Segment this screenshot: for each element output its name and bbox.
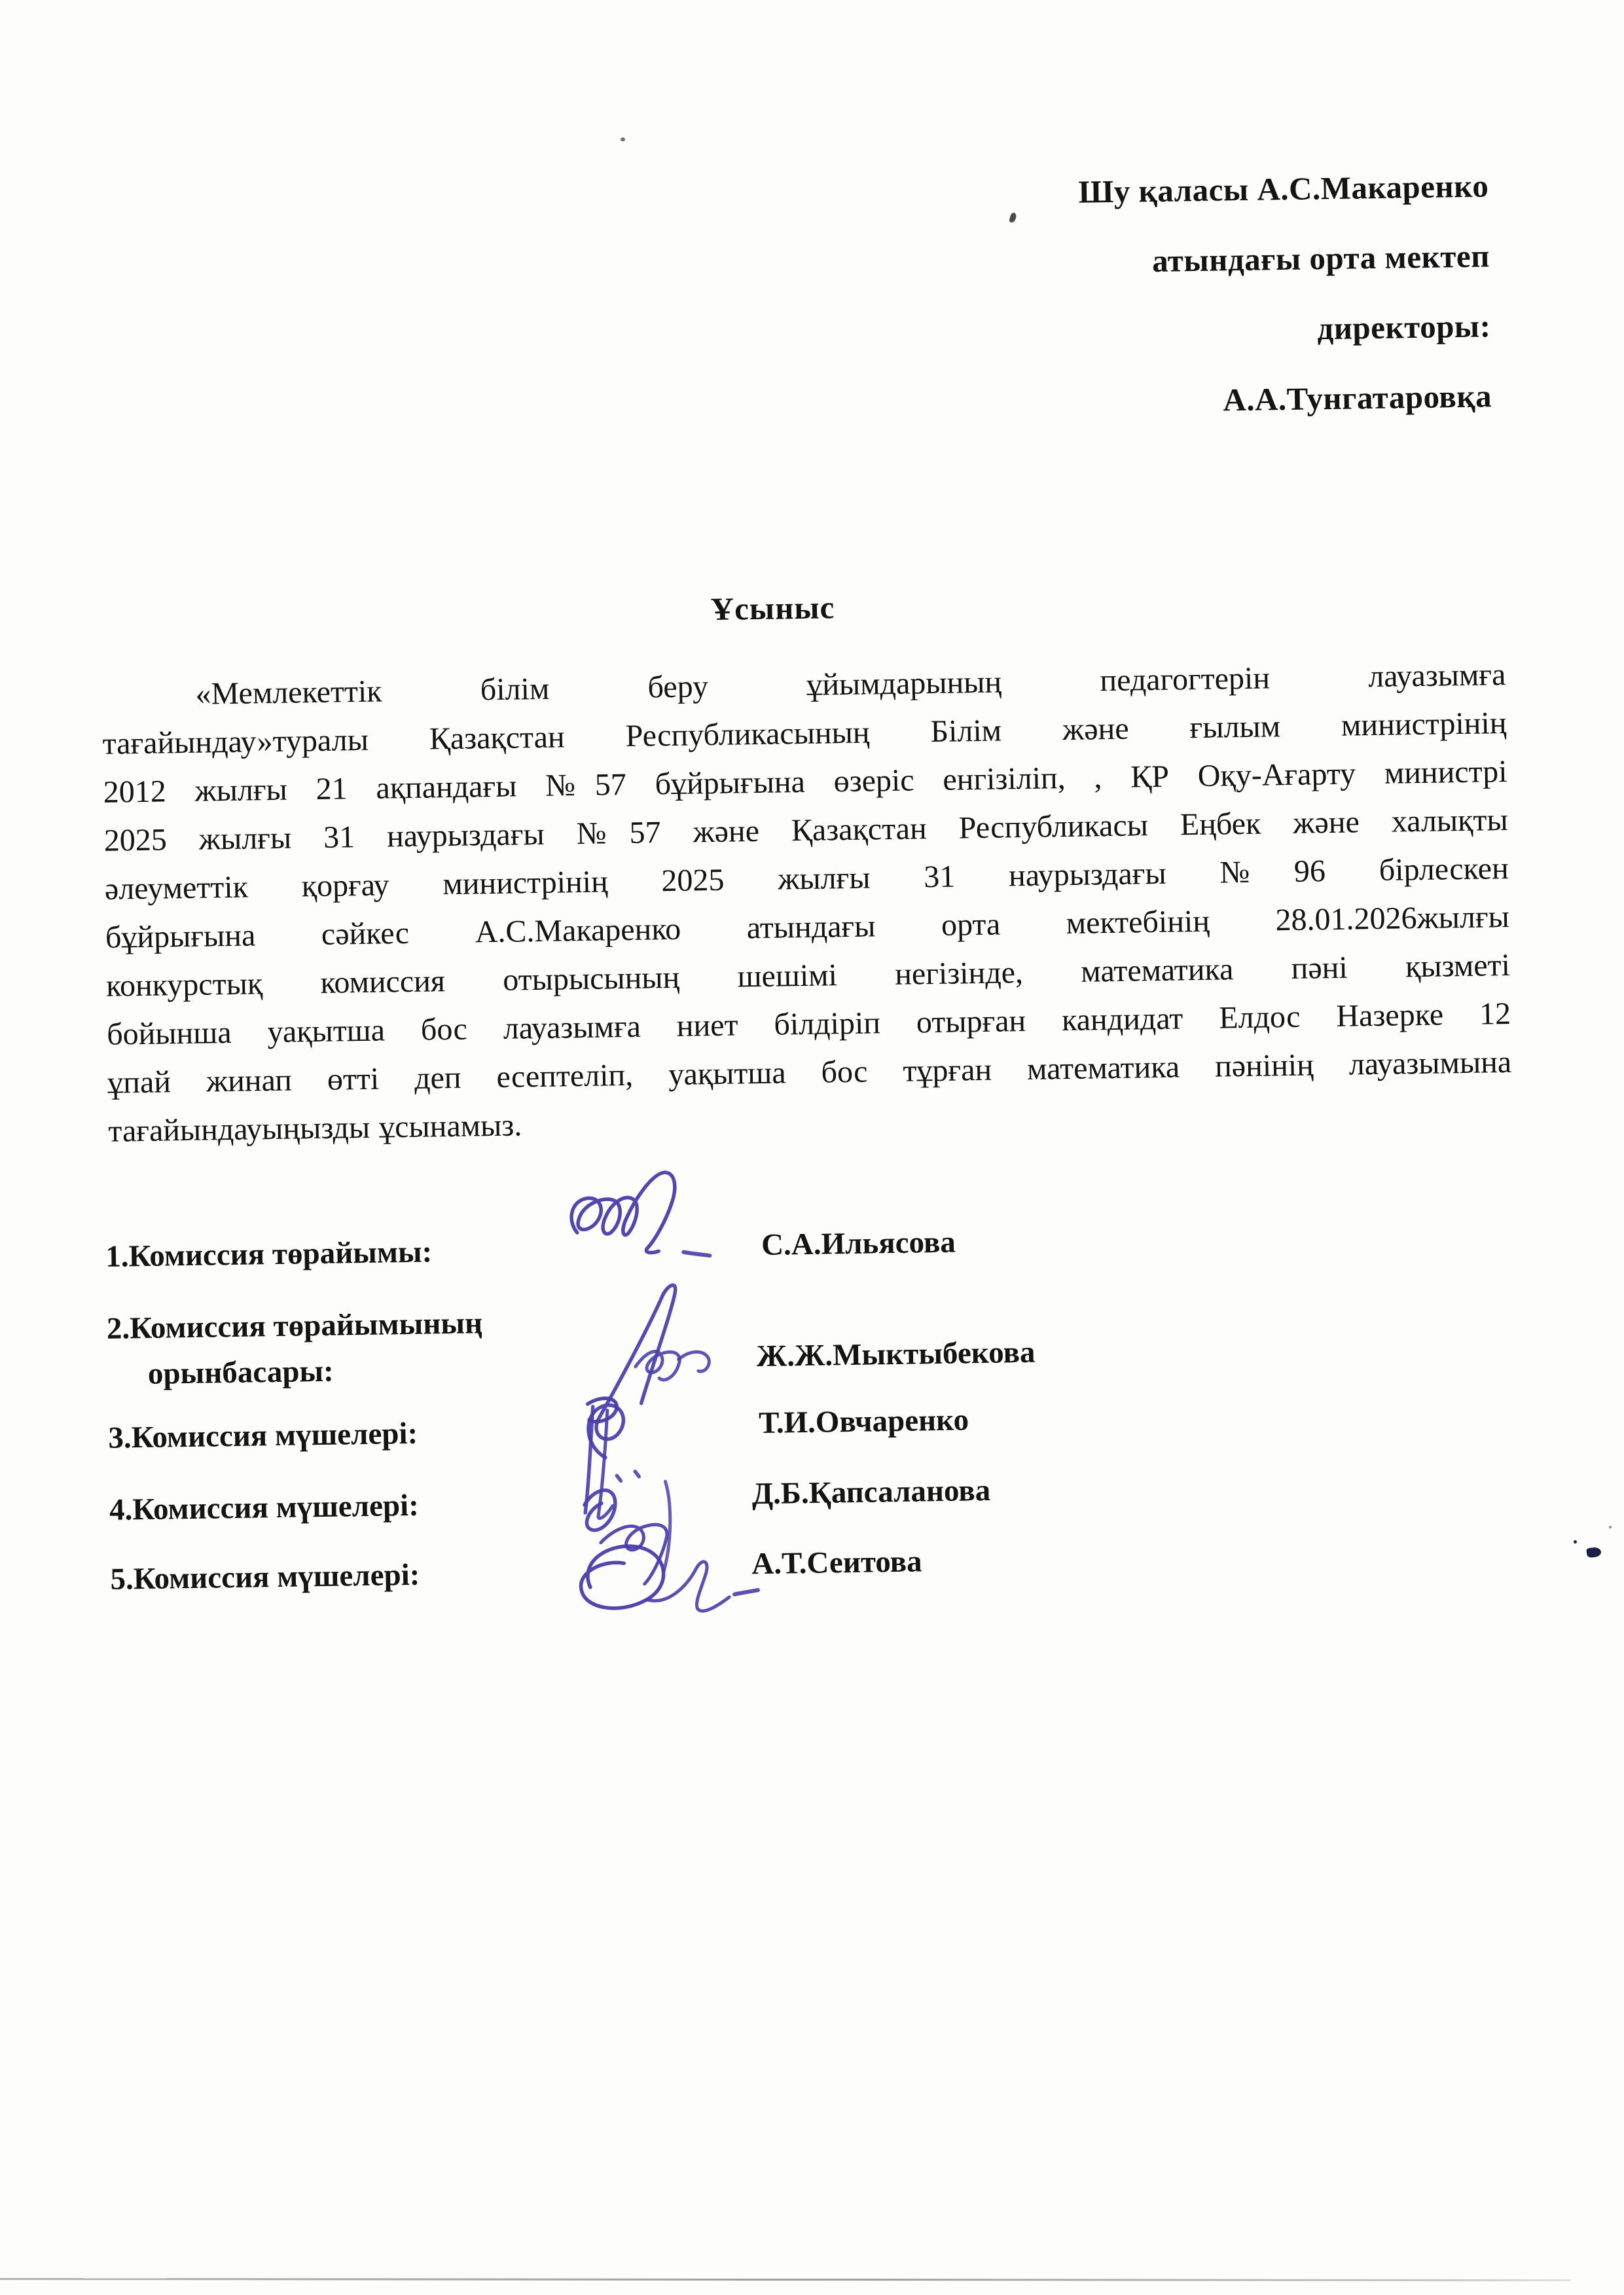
addressee-line: директоры:	[1080, 291, 1491, 367]
signature-label-line: 2.Комиссия төрайымының	[106, 1300, 482, 1352]
document-sheet: Шу қаласы А.С.Макаренко атындағы орта ме…	[0, 0, 1624, 2295]
ink-speck	[1574, 1540, 1577, 1544]
signature-label-line: 3.Комиссия мүшелері:	[108, 1411, 418, 1461]
signature-row-label-5: 5.Комиссия мүшелері:	[110, 1552, 420, 1602]
handwritten-signature-1	[554, 1167, 751, 1281]
signature-label-line: 1.Комиссия төрайымы:	[105, 1229, 433, 1279]
signature-row-label-4: 4.Комиссия мүшелері:	[109, 1483, 419, 1533]
signature-label-line: орынбасары:	[107, 1346, 483, 1398]
ink-speck	[1609, 1526, 1612, 1528]
signatory-name-2: Ж.Ж.Мыктыбекова	[756, 1333, 1036, 1375]
handwritten-signature-5	[547, 1528, 764, 1636]
document-title: Ұсыныс	[710, 585, 835, 632]
body-paragraph: «Мемлекеттік білім беру ұйымдарының педа…	[101, 651, 1513, 1156]
signature-row-label-2: 2.Комиссия төрайымының орынбасары:	[106, 1300, 483, 1398]
signatory-name-3: Т.И.Овчаренко	[759, 1401, 969, 1442]
signatory-name-1: С.А.Ильясова	[761, 1223, 956, 1264]
addressee-line: атындағы орта мектеп	[1079, 221, 1490, 297]
signatory-name-5: А.Т.Сеитова	[751, 1542, 922, 1583]
signatory-name-4: Д.Б.Қапсаланова	[751, 1472, 990, 1513]
addressee-line: Шу қаласы А.С.Макаренко	[1078, 151, 1489, 226]
addressee-block: Шу қаласы А.С.Макаренко атындағы орта ме…	[1078, 151, 1492, 437]
signature-label-line: 4.Комиссия мүшелері:	[109, 1483, 419, 1533]
signature-row-label-1: 1.Комиссия төрайымы:	[105, 1229, 433, 1279]
scanned-document-page: Шу қаласы А.С.Макаренко атындағы орта ме…	[0, 0, 1624, 2295]
signature-row-label-3: 3.Комиссия мүшелері:	[108, 1411, 418, 1461]
addressee-line: А.А.Тунгатаровқа	[1081, 361, 1492, 437]
ink-speck	[621, 137, 625, 141]
signature-label-line: 5.Комиссия мүшелері:	[110, 1552, 420, 1602]
